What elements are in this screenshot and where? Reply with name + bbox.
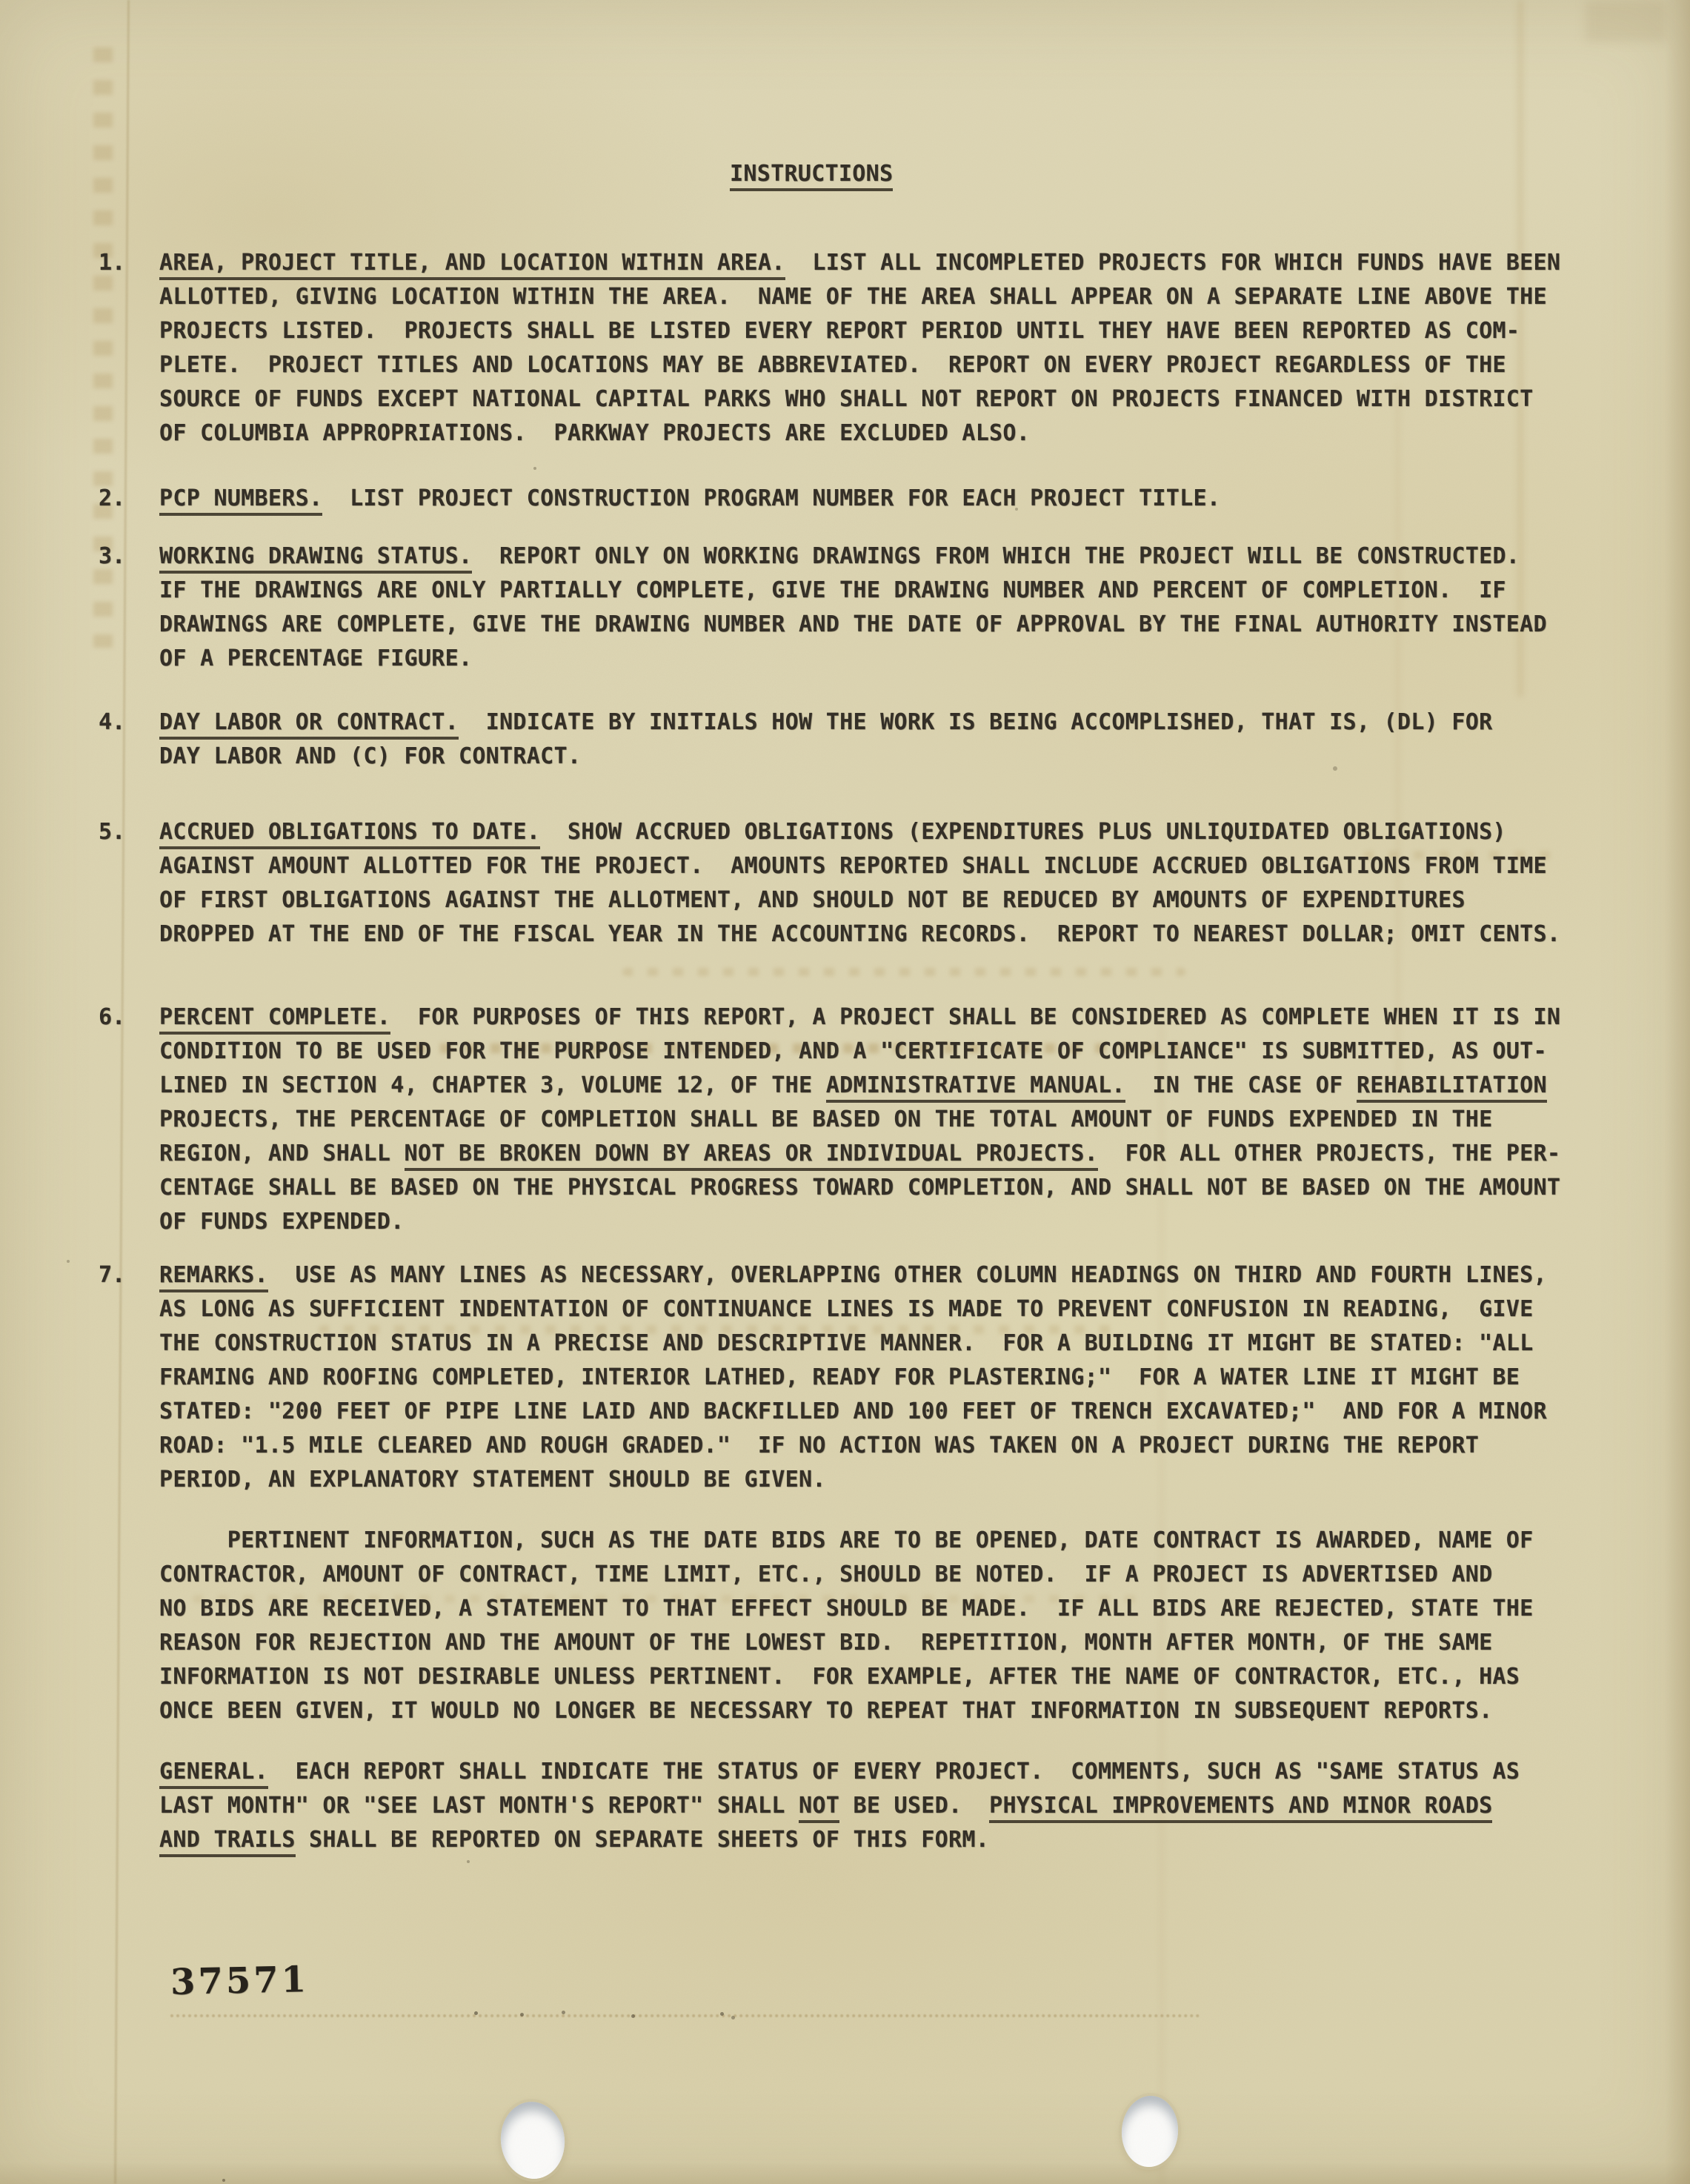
- text-segment: IF THE DRAWINGS ARE ONLY PARTIALLY COMPL…: [159, 577, 1506, 603]
- text-line: REMARKS. USE AS MANY LINES AS NECESSARY,…: [159, 1258, 1690, 1292]
- item-text: PCP NUMBERS. LIST PROJECT CONSTRUCTION P…: [159, 482, 1690, 516]
- text-line: DRAWINGS ARE COMPLETE, GIVE THE DRAWING …: [159, 608, 1690, 642]
- scanned-document-page: INSTRUCTIONS 1. AREA, PROJECT TITLE, AND…: [0, 0, 1690, 2184]
- text-line: CONTRACTOR, AMOUNT OF CONTRACT, TIME LIM…: [159, 1558, 1690, 1592]
- text-segment: ONCE BEEN GIVEN, IT WOULD NO LONGER BE N…: [159, 1698, 1492, 1724]
- text-line: OF FUNDS EXPENDED.: [159, 1205, 1690, 1239]
- underlined-text: ADMINISTRATIVE MANUAL.: [826, 1072, 1125, 1103]
- text-line: DROPPED AT THE END OF THE FISCAL YEAR IN…: [159, 917, 1690, 952]
- underlined-text: NOT BE BROKEN DOWN BY AREAS OR INDIVIDUA…: [405, 1141, 1098, 1171]
- text-segment: OF FUNDS EXPENDED.: [159, 1209, 405, 1235]
- text-segment: FOR ALL OTHER PROJECTS, THE PER-: [1098, 1141, 1560, 1166]
- text-line: SOURCE OF FUNDS EXCEPT NATIONAL CAPITAL …: [159, 382, 1690, 416]
- text-segment: CONDITION TO BE USED FOR THE PURPOSE INT…: [159, 1038, 1547, 1064]
- pertinent-information-paragraph: PERTINENT INFORMATION, SUCH AS THE DATE …: [0, 1524, 1690, 1728]
- text-segment: NO BIDS ARE RECEIVED, A STATEMENT TO THA…: [159, 1596, 1534, 1622]
- text-line: GENERAL. EACH REPORT SHALL INDICATE THE …: [159, 1755, 1690, 1789]
- text-line: OF FIRST OBLIGATIONS AGAINST THE ALLOTME…: [159, 883, 1690, 917]
- text-line: DAY LABOR AND (C) FOR CONTRACT.: [159, 740, 1690, 774]
- text-segment: FOR PURPOSES OF THIS REPORT, A PROJECT S…: [390, 1004, 1560, 1030]
- text-line: THE CONSTRUCTION STATUS IN A PRECISE AND…: [159, 1327, 1690, 1361]
- underlined-text: GENERAL.: [159, 1759, 268, 1789]
- text-segment: LIST ALL INCOMPLETED PROJECTS FOR WHICH …: [785, 250, 1561, 276]
- text-segment: DROPPED AT THE END OF THE FISCAL YEAR IN…: [159, 921, 1560, 947]
- text-segment: INDICATE BY INITIALS HOW THE WORK IS BEI…: [459, 709, 1492, 735]
- text-line: REASON FOR REJECTION AND THE AMOUNT OF T…: [159, 1626, 1690, 1660]
- text-line: LAST MONTH" OR "SEE LAST MONTH'S REPORT"…: [159, 1789, 1690, 1823]
- text-segment: PROJECTS LISTED. PROJECTS SHALL BE LISTE…: [159, 318, 1520, 344]
- text-segment: OF A PERCENTAGE FIGURE.: [159, 645, 472, 671]
- item-number: 2.: [99, 482, 125, 516]
- text-segment: LINED IN SECTION 4, CHAPTER 3, VOLUME 12…: [159, 1072, 826, 1098]
- text-line: DAY LABOR OR CONTRACT. INDICATE BY INITI…: [159, 706, 1690, 740]
- item-text: ACCRUED OBLIGATIONS TO DATE. SHOW ACCRUE…: [159, 815, 1690, 952]
- text-line: AREA, PROJECT TITLE, AND LOCATION WITHIN…: [159, 246, 1690, 280]
- text-segment: SOURCE OF FUNDS EXCEPT NATIONAL CAPITAL …: [159, 386, 1534, 412]
- underlined-text: PERCENT COMPLETE.: [159, 1004, 390, 1035]
- text-segment: ALLOTTED, GIVING LOCATION WITHIN THE ARE…: [159, 284, 1547, 310]
- text-segment: IN THE CASE OF: [1125, 1072, 1357, 1098]
- text-segment: USE AS MANY LINES AS NECESSARY, OVERLAPP…: [268, 1262, 1547, 1288]
- text-segment: BE USED.: [839, 1793, 989, 1819]
- text-line: INFORMATION IS NOT DESIRABLE UNLESS PERT…: [159, 1660, 1690, 1694]
- text-line: PERCENT COMPLETE. FOR PURPOSES OF THIS R…: [159, 1000, 1690, 1035]
- paragraph-text: PERTINENT INFORMATION, SUCH AS THE DATE …: [159, 1524, 1690, 1728]
- text-segment: DRAWINGS ARE COMPLETE, GIVE THE DRAWING …: [159, 611, 1547, 637]
- underlined-text: PCP NUMBERS.: [159, 485, 322, 516]
- item-number: 4.: [99, 706, 125, 740]
- text-line: PCP NUMBERS. LIST PROJECT CONSTRUCTION P…: [159, 482, 1690, 516]
- item-text: REMARKS. USE AS MANY LINES AS NECESSARY,…: [159, 1258, 1690, 1497]
- item-text: WORKING DRAWING STATUS. REPORT ONLY ON W…: [159, 540, 1690, 676]
- text-line: PLETE. PROJECT TITLES AND LOCATIONS MAY …: [159, 348, 1690, 382]
- text-segment: INFORMATION IS NOT DESIRABLE UNLESS PERT…: [159, 1664, 1520, 1690]
- text-line: AND TRAILS SHALL BE REPORTED ON SEPARATE…: [159, 1823, 1690, 1857]
- text-line: FRAMING AND ROOFING COMPLETED, INTERIOR …: [159, 1361, 1690, 1395]
- text-line: PROJECTS LISTED. PROJECTS SHALL BE LISTE…: [159, 314, 1690, 348]
- page-title-text: INSTRUCTIONS: [730, 161, 893, 191]
- underlined-text: REHABILITATION: [1357, 1072, 1547, 1103]
- underlined-text: PHYSICAL IMPROVEMENTS AND MINOR ROADS: [989, 1793, 1492, 1823]
- text-segment: REPORT ONLY ON WORKING DRAWINGS FROM WHI…: [472, 543, 1520, 569]
- typewritten-text-layer: INSTRUCTIONS 1. AREA, PROJECT TITLE, AND…: [0, 0, 1690, 2184]
- text-line: OF COLUMBIA APPROPRIATIONS. PARKWAY PROJ…: [159, 416, 1690, 451]
- instruction-item-4: 4. DAY LABOR OR CONTRACT. INDICATE BY IN…: [0, 706, 1690, 774]
- text-line: REGION, AND SHALL NOT BE BROKEN DOWN BY …: [159, 1137, 1690, 1171]
- text-segment: ROAD: "1.5 MILE CLEARED AND ROUGH GRADED…: [159, 1433, 1479, 1458]
- instruction-item-7: 7. REMARKS. USE AS MANY LINES AS NECESSA…: [0, 1258, 1690, 1497]
- instruction-item-6: 6. PERCENT COMPLETE. FOR PURPOSES OF THI…: [0, 1000, 1690, 1239]
- text-line: IF THE DRAWINGS ARE ONLY PARTIALLY COMPL…: [159, 574, 1690, 608]
- text-segment: DAY LABOR AND (C) FOR CONTRACT.: [159, 743, 581, 769]
- text-line: AS LONG AS SUFFICIENT INDENTATION OF CON…: [159, 1292, 1690, 1327]
- text-segment: PROJECTS, THE PERCENTAGE OF COMPLETION S…: [159, 1106, 1492, 1132]
- underlined-text: ACCRUED OBLIGATIONS TO DATE.: [159, 819, 540, 849]
- instruction-item-3: 3. WORKING DRAWING STATUS. REPORT ONLY O…: [0, 540, 1690, 676]
- text-line: CONDITION TO BE USED FOR THE PURPOSE INT…: [159, 1035, 1690, 1069]
- text-segment: PLETE. PROJECT TITLES AND LOCATIONS MAY …: [159, 352, 1506, 378]
- text-line: OF A PERCENTAGE FIGURE.: [159, 642, 1690, 676]
- text-line: STATED: "200 FEET OF PIPE LINE LAID AND …: [159, 1395, 1690, 1429]
- text-segment: EACH REPORT SHALL INDICATE THE STATUS OF…: [268, 1759, 1520, 1785]
- underlined-text: REMARKS.: [159, 1262, 268, 1292]
- item-text: AREA, PROJECT TITLE, AND LOCATION WITHIN…: [159, 246, 1690, 451]
- item-number: 5.: [99, 815, 125, 849]
- archive-number-stamp: 37571: [170, 1959, 309, 2003]
- text-line: ALLOTTED, GIVING LOCATION WITHIN THE ARE…: [159, 280, 1690, 314]
- text-segment: PERTINENT INFORMATION, SUCH AS THE DATE …: [159, 1527, 1534, 1553]
- underlined-text: AND TRAILS: [159, 1827, 296, 1857]
- underlined-text: NOT: [799, 1793, 839, 1823]
- text-line: ROAD: "1.5 MILE CLEARED AND ROUGH GRADED…: [159, 1429, 1690, 1463]
- underlined-text: WORKING DRAWING STATUS.: [159, 543, 472, 574]
- text-segment: CONTRACTOR, AMOUNT OF CONTRACT, TIME LIM…: [159, 1561, 1492, 1587]
- item-number: 7.: [99, 1258, 125, 1292]
- text-line: LINED IN SECTION 4, CHAPTER 3, VOLUME 12…: [159, 1069, 1690, 1103]
- text-segment: OF COLUMBIA APPROPRIATIONS. PARKWAY PROJ…: [159, 420, 1030, 446]
- instruction-item-2: 2. PCP NUMBERS. LIST PROJECT CONSTRUCTIO…: [0, 482, 1690, 516]
- item-number: 1.: [99, 246, 125, 280]
- text-segment: LIST PROJECT CONSTRUCTION PROGRAM NUMBER…: [322, 485, 1220, 511]
- paragraph-text: GENERAL. EACH REPORT SHALL INDICATE THE …: [159, 1755, 1690, 1857]
- text-line: PERTINENT INFORMATION, SUCH AS THE DATE …: [159, 1524, 1690, 1558]
- text-segment: CENTAGE SHALL BE BASED ON THE PHYSICAL P…: [159, 1175, 1560, 1201]
- text-segment: AS LONG AS SUFFICIENT INDENTATION OF CON…: [159, 1296, 1534, 1322]
- page-title: INSTRUCTIONS: [730, 157, 893, 191]
- item-number: 3.: [99, 540, 125, 574]
- text-segment: STATED: "200 FEET OF PIPE LINE LAID AND …: [159, 1398, 1547, 1424]
- text-segment: SHALL BE REPORTED ON SEPARATE SHEETS OF …: [296, 1827, 989, 1853]
- text-line: PERIOD, AN EXPLANATORY STATEMENT SHOULD …: [159, 1463, 1690, 1497]
- text-line: CENTAGE SHALL BE BASED ON THE PHYSICAL P…: [159, 1171, 1690, 1205]
- text-segment: REGION, AND SHALL: [159, 1141, 405, 1166]
- text-line: PROJECTS, THE PERCENTAGE OF COMPLETION S…: [159, 1103, 1690, 1137]
- text-line: AGAINST AMOUNT ALLOTTED FOR THE PROJECT.…: [159, 849, 1690, 883]
- general-paragraph: GENERAL. EACH REPORT SHALL INDICATE THE …: [0, 1755, 1690, 1857]
- text-segment: REASON FOR REJECTION AND THE AMOUNT OF T…: [159, 1630, 1492, 1656]
- item-text: DAY LABOR OR CONTRACT. INDICATE BY INITI…: [159, 706, 1690, 774]
- text-segment: LAST MONTH" OR "SEE LAST MONTH'S REPORT"…: [159, 1793, 799, 1819]
- text-line: NO BIDS ARE RECEIVED, A STATEMENT TO THA…: [159, 1592, 1690, 1626]
- instruction-item-1: 1. AREA, PROJECT TITLE, AND LOCATION WIT…: [0, 246, 1690, 451]
- text-line: ACCRUED OBLIGATIONS TO DATE. SHOW ACCRUE…: [159, 815, 1690, 849]
- underlined-text: DAY LABOR OR CONTRACT.: [159, 709, 459, 740]
- instruction-item-5: 5. ACCRUED OBLIGATIONS TO DATE. SHOW ACC…: [0, 815, 1690, 952]
- text-line: WORKING DRAWING STATUS. REPORT ONLY ON W…: [159, 540, 1690, 574]
- text-segment: PERIOD, AN EXPLANATORY STATEMENT SHOULD …: [159, 1467, 826, 1493]
- text-segment: SHOW ACCRUED OBLIGATIONS (EXPENDITURES P…: [540, 819, 1506, 845]
- underlined-text: AREA, PROJECT TITLE, AND LOCATION WITHIN…: [159, 250, 785, 280]
- text-segment: THE CONSTRUCTION STATUS IN A PRECISE AND…: [159, 1330, 1534, 1356]
- item-text: PERCENT COMPLETE. FOR PURPOSES OF THIS R…: [159, 1000, 1690, 1239]
- text-segment: FRAMING AND ROOFING COMPLETED, INTERIOR …: [159, 1364, 1520, 1390]
- text-segment: OF FIRST OBLIGATIONS AGAINST THE ALLOTME…: [159, 887, 1466, 913]
- text-segment: AGAINST AMOUNT ALLOTTED FOR THE PROJECT.…: [159, 853, 1547, 879]
- text-line: ONCE BEEN GIVEN, IT WOULD NO LONGER BE N…: [159, 1694, 1690, 1728]
- item-number: 6.: [99, 1000, 125, 1035]
